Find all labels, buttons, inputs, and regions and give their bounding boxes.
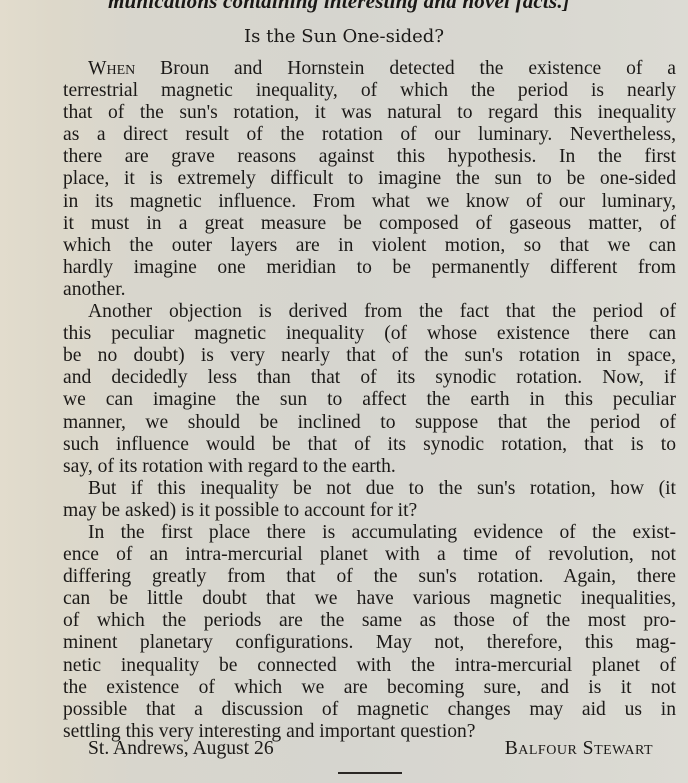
text-line: we can imagine the sun to affect the ear… [63,389,676,411]
text-line: possible that a discussion of magnetic c… [63,699,676,721]
document-page: munications containing interesting and n… [0,0,688,783]
text-line: this peculiar magnetic inequality (of wh… [63,323,676,345]
text-line: say, of its rotation with regard to the … [63,456,676,478]
text-line: minent planetary configurations. May not… [63,632,676,654]
lead-word: When [88,58,135,79]
text-line: ence of an intra-mercurial planet with a… [63,544,676,566]
article-title: Is the Sun One-sided? [0,26,688,47]
text-line: In the first place there is accumulating… [63,522,676,544]
text-line: it must in a great measure be composed o… [63,213,676,235]
paragraph-2: Another objection is derived from the fa… [63,301,676,478]
text-line: differing greatly from that of the sun's… [63,566,676,588]
article-body: When Broun and Hornstein detected the ex… [63,58,676,743]
text-line: of which the periods are the same as tho… [63,610,676,632]
author-name: Balfour Stewart [505,738,653,760]
text-line: manner, we should be inclined to suppose… [63,412,676,434]
text-line: which the outer layers are in violent mo… [63,235,676,257]
text-line: Another objection is derived from the fa… [63,301,676,323]
text-line: as a direct result of the rotation of ou… [63,124,676,146]
section-divider-rule [338,772,402,774]
text-line: netic inequality be connected with the i… [63,655,676,677]
place-date: St. Andrews, August 26 [88,738,274,760]
text-line: terrestrial magnetic inequality, of whic… [63,80,676,102]
paragraph-4: In the first place there is accumulating… [63,522,676,743]
text-line: may be asked) is it possible to account … [63,500,676,522]
text-line: hardly imagine one meridian to be perman… [63,257,676,279]
text-line: such influence would be that of its syno… [63,434,676,456]
text-line: place, it is extremely difficult to imag… [63,168,676,190]
text-line: another. [63,279,676,301]
paragraph-3: But if this inequality be not due to the… [63,478,676,522]
signoff: St. Andrews, August 26 Balfour Stewart [88,738,663,760]
text-line: can be little doubt that we have various… [63,588,676,610]
text-line: there are grave reasons against this hyp… [63,146,676,168]
text-line: that of the sun's rotation, it was natur… [63,102,676,124]
paragraph-1: When Broun and Hornstein detected the ex… [63,58,676,301]
running-head: munications containing interesting and n… [108,0,608,14]
text-line: and decidedly less than that of its syno… [63,367,676,389]
text-line: in its magnetic influence. From what we … [63,191,676,213]
text-line: But if this inequality be not due to the… [63,478,676,500]
text-line: be no doubt) is very nearly that of the … [63,345,676,367]
text-line: the existence of which we are becoming s… [63,677,676,699]
text-line: When Broun and Hornstein detected the ex… [63,58,676,80]
